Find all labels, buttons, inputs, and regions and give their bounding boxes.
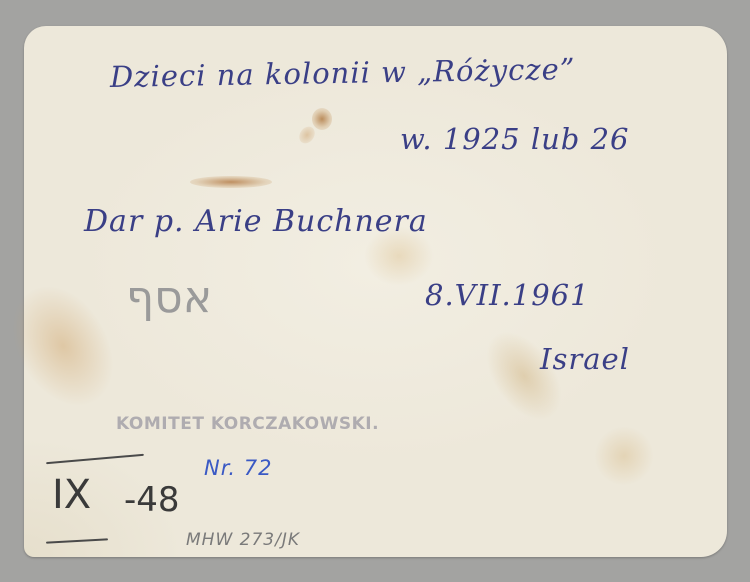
stain-lower-right — [594, 426, 654, 486]
stain-drip-top — [296, 124, 318, 147]
collection-number: Nr. 72 — [204, 456, 273, 480]
catalog-roman-numeral: IX — [52, 472, 91, 518]
handwritten-country: Israel — [540, 342, 630, 376]
stain-spot-top — [312, 108, 332, 130]
stain-streak-right — [471, 318, 578, 434]
stain-streak-left — [190, 176, 272, 188]
committee-stamp: KOMITET KORCZAKOWSKI. — [116, 414, 379, 434]
handwritten-date: 8.VII.1961 — [425, 278, 590, 312]
stain-left-edge — [0, 267, 134, 425]
archive-reference: MHW 273/JK — [186, 530, 300, 550]
handwritten-donor-line: Dar p. Arie Buchnera — [84, 204, 428, 239]
pencil-hebrew-note: אסף — [126, 272, 212, 323]
catalog-number: -48 — [124, 480, 180, 520]
handwritten-year-line: w. 1925 lub 26 — [400, 122, 629, 156]
